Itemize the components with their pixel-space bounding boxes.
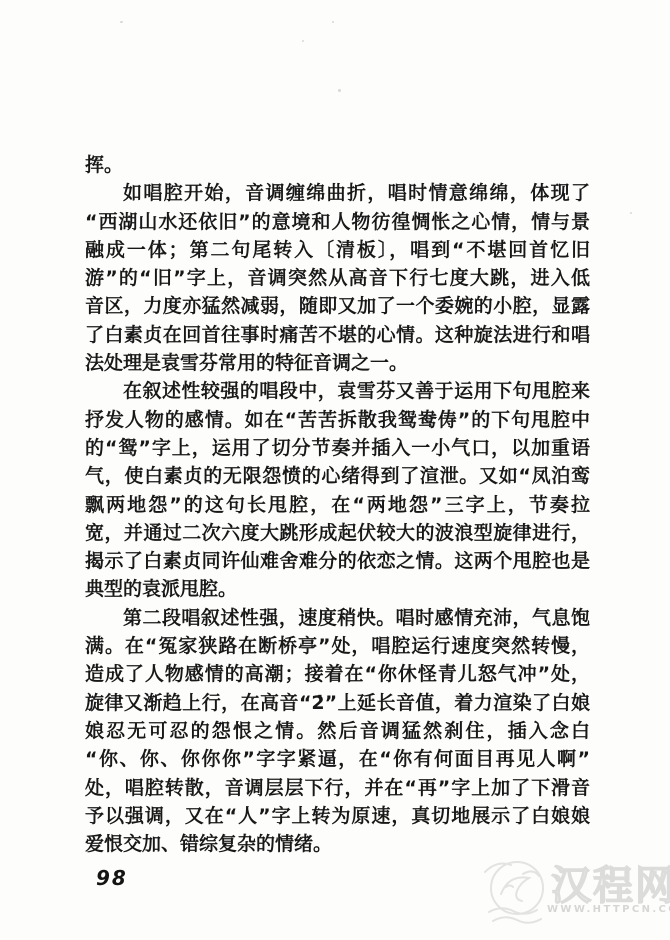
text-line: 满。在“冤家狭路在断桥亭”处，唱腔运行速度突然转慢， [85,632,590,660]
scan-speck [338,89,341,92]
body-text: 挥。 如唱腔开始，音调缠绵曲折，唱时情意绵绵，体现了 “西湖山水还依旧”的意境和… [85,151,590,858]
text-line: 的“鸳”字上，运用了切分节奏并插入一小气口，以加重语 [85,434,590,462]
text-line: 旋律又渐趋上行，在高音“2̇”上延长音值，着力渲染了白娘 [85,689,590,717]
text-line: 如唱腔开始，音调缠绵曲折，唱时情意绵绵，体现了 [85,179,590,207]
watermark-site-url: WWW.HTTPCN.COM [547,904,670,915]
text-line: 挥。 [85,151,590,179]
scan-speck [302,40,304,42]
text-line: 处，唱腔转散，音调层层下行，并在“再”字上加了下滑音 [85,774,590,802]
text-line: 在叙述性较强的唱段中，袁雪芬又善于运用下句甩腔来 [85,377,590,405]
text-line: 游”的“旧”字上，音调突然从高音下行七度大跳，进入低 [85,264,590,292]
text-line: 抒发人物的感情。如在“苦苦拆散我鸳鸯俦”的下句甩腔中 [85,406,590,434]
text-line: 典型的袁派甩腔。 [85,575,590,603]
text-line: 气，使白素贞的无限怨愤的心绪得到了渲泄。又如“凤泊鸾 [85,462,590,490]
watermark: 汉程网 WWW.HTTPCN.COM [481,856,670,936]
scan-speck [332,21,334,23]
scan-speck [630,212,632,214]
watermark-site-name: 汉程网 [551,854,670,911]
text-line: 造成了人物感情的高潮；接着在“你休怪青儿怒气冲”处， [85,660,590,688]
dragon-seal-icon [481,856,553,938]
text-line: 法处理是袁雪芬常用的特征音调之一。 [85,349,590,377]
scan-speck [120,21,123,23]
text-line: 音区，力度亦猛然减弱，随即又加了一个委婉的小腔，显露 [85,292,590,320]
text-line: 予以强调，又在“人”字上转为原速，真切地展示了白娘娘 [85,802,590,830]
text-line: 娘忍无可忍的怨恨之情。然后音调猛然刹住，插入念白 [85,717,590,745]
text-line: “你、你、你你你”字字紧逼，在“你有何面目再见人啊” [85,745,590,773]
text-line: 融成一体；第二句尾转入〔清板〕，唱到“不堪回首忆旧 [85,236,590,264]
text-line: 揭示了白素贞同许仙难舍难分的依恋之情。这两个甩腔也是 [85,547,590,575]
scanned-book-page: 挥。 如唱腔开始，音调缠绵曲折，唱时情意绵绵，体现了 “西湖山水还依旧”的意境和… [0,0,670,940]
text-line: “西湖山水还依旧”的意境和人物彷徨惆怅之心情，情与景 [85,208,590,236]
page-number: 98 [96,866,128,890]
text-line: 了白素贞在回首往事时痛苦不堪的心情。这种旋法进行和唱 [85,321,590,349]
text-line: 第二段唱叙述性强，速度稍快。唱时感情充沛，气息饱 [85,604,590,632]
text-line: 爱恨交加、错综复杂的情绪。 [85,830,590,858]
text-line: 宽，并通过二次六度大跳形成起伏较大的波浪型旋律进行， [85,519,590,547]
text-line: 飘两地怨”的这句长甩腔，在“两地怨”三字上，节奏拉 [85,491,590,519]
